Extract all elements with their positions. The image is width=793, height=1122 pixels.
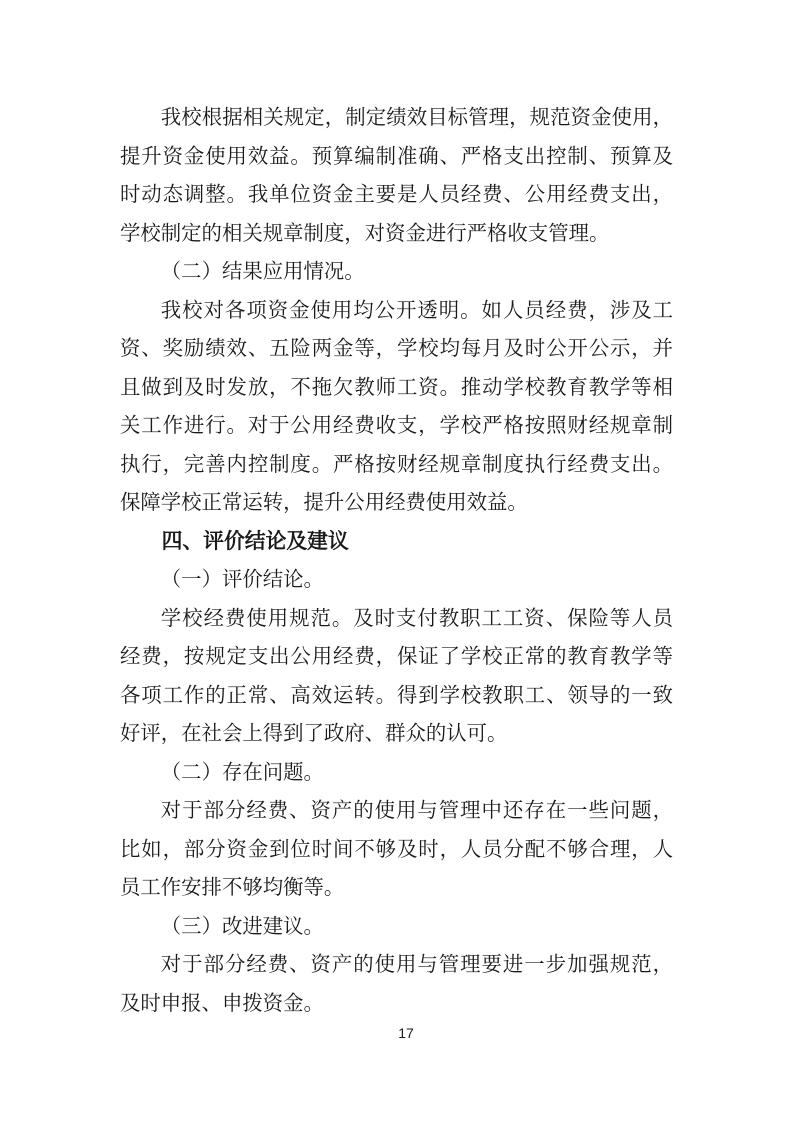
heading-conclusion-suggestions: 四、评价结论及建议: [120, 523, 673, 562]
page-number: 17: [0, 1023, 793, 1043]
subheading-result-application: （二）结果应用情况。: [120, 253, 673, 292]
paragraph-improvement-suggestions: 对于部分经费、资产的使用与管理要进一步加强规范， 及时申报、申拨资金。: [120, 946, 673, 1023]
subheading-line: （一）评价结论。: [120, 561, 673, 600]
text-line: 提升资金使用效益。预算编制准确、严格支出控制、预算及: [120, 138, 673, 177]
subheading-evaluation-conclusion: （一）评价结论。: [120, 561, 673, 600]
text-line: 我校根据相关规定，制定绩效目标管理，规范资金使用，: [120, 99, 673, 138]
document-body: 我校根据相关规定，制定绩效目标管理，规范资金使用， 提升资金使用效益。预算编制准…: [120, 99, 673, 1023]
text-line: 学校制定的相关规章制度，对资金进行严格收支管理。: [120, 215, 673, 254]
section-heading-line: 四、评价结论及建议: [120, 523, 673, 562]
subheading-line: （二）结果应用情况。: [120, 253, 673, 292]
text-line: 比如，部分资金到位时间不够及时，人员分配不够合理，人: [120, 831, 673, 870]
subheading-line: （二）存在问题。: [120, 754, 673, 793]
text-line: 执行，完善内控制度。严格按财经规章制度执行经费支出。: [120, 446, 673, 485]
text-line: 员工作安排不够均衡等。: [120, 869, 673, 908]
paragraph-evaluation-conclusion: 学校经费使用规范。及时支付教职工工资、保险等人员 经费，按规定支出公用经费，保证…: [120, 600, 673, 754]
paragraph-existing-problems: 对于部分经费、资产的使用与管理中还存在一些问题， 比如，部分资金到位时间不够及时…: [120, 792, 673, 908]
document-page: 我校根据相关规定，制定绩效目标管理，规范资金使用， 提升资金使用效益。预算编制准…: [0, 0, 793, 1122]
paragraph-fund-transparency: 我校对各项资金使用均公开透明。如人员经费，涉及工 资、奖励绩效、五险两金等，学校…: [120, 292, 673, 523]
text-line: 保障学校正常运转，提升公用经费使用效益。: [120, 484, 673, 523]
text-line: 对于部分经费、资产的使用与管理中还存在一些问题，: [120, 792, 673, 831]
text-line: 关工作进行。对于公用经费收支，学校严格按照财经规章制: [120, 407, 673, 446]
text-line: 经费，按规定支出公用经费，保证了学校正常的教育教学等: [120, 638, 673, 677]
subheading-existing-problems: （二）存在问题。: [120, 754, 673, 793]
text-line: 及时申报、申拨资金。: [120, 985, 673, 1024]
subheading-line: （三）改进建议。: [120, 908, 673, 947]
text-line: 对于部分经费、资产的使用与管理要进一步加强规范，: [120, 946, 673, 985]
text-line: 各项工作的正常、高效运转。得到学校教职工、领导的一致: [120, 677, 673, 716]
subheading-improvement-suggestions: （三）改进建议。: [120, 908, 673, 947]
paragraph-fund-management: 我校根据相关规定，制定绩效目标管理，规范资金使用， 提升资金使用效益。预算编制准…: [120, 99, 673, 253]
text-line: 时动态调整。我单位资金主要是人员经费、公用经费支出，: [120, 176, 673, 215]
text-line: 资、奖励绩效、五险两金等，学校均每月及时公开公示，并: [120, 330, 673, 369]
text-line: 且做到及时发放，不拖欠教师工资。推动学校教育教学等相: [120, 369, 673, 408]
text-line: 我校对各项资金使用均公开透明。如人员经费，涉及工: [120, 292, 673, 331]
text-line: 学校经费使用规范。及时支付教职工工资、保险等人员: [120, 600, 673, 639]
text-line: 好评，在社会上得到了政府、群众的认可。: [120, 715, 673, 754]
